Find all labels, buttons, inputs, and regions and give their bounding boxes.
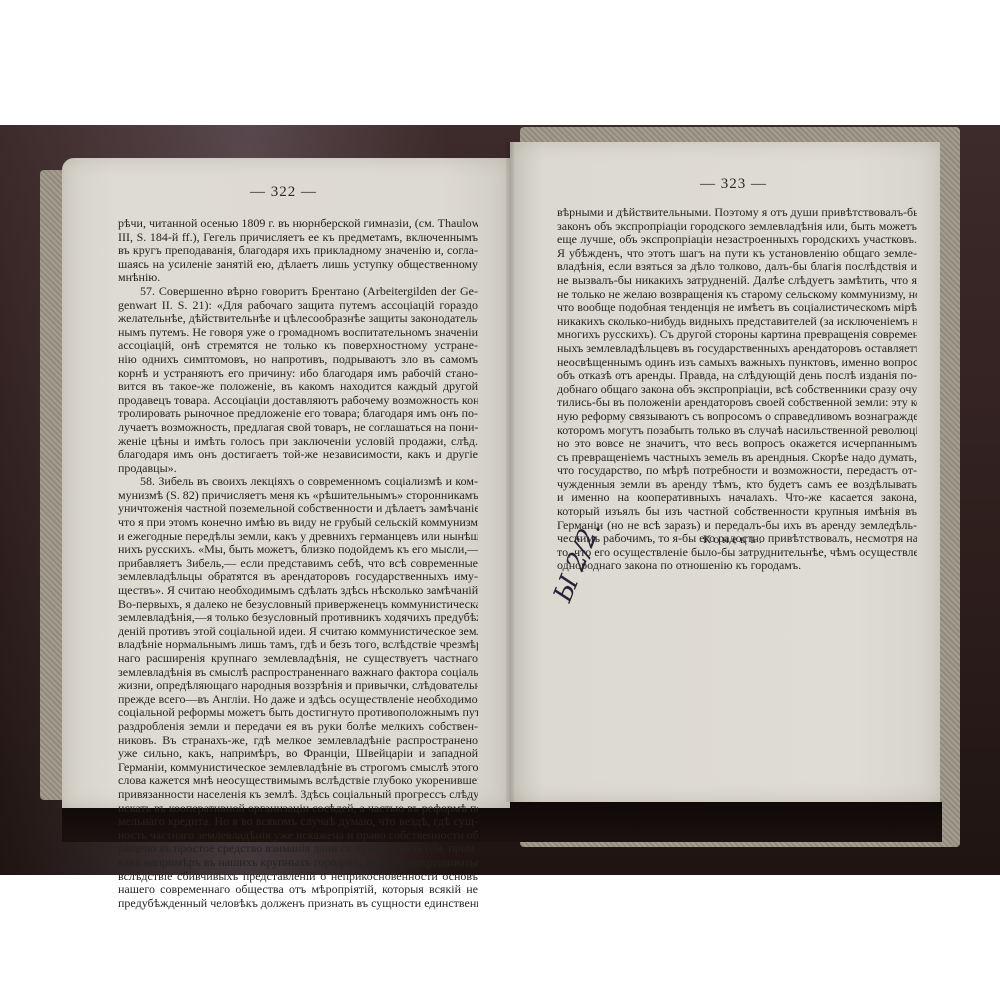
text-line: однороднаго закона по отношенію къ город…	[557, 559, 917, 573]
text-line: которомъ могутъ позабыть только въ случа…	[557, 424, 917, 438]
text-line: благодаря имъ онъ достигаетъ той-же неза…	[118, 448, 478, 462]
text-line: женіе цѣны и имѣть голосъ при заключеніи…	[118, 435, 478, 449]
text-line: желательнѣе, дѣйствительнѣе и цѣлесообра…	[118, 312, 478, 326]
text-line: рѣчи, читанной осенью 1809 г. въ нюрнбер…	[118, 217, 478, 231]
text-line: Германіи, коммунистическое землевладѣніе…	[118, 761, 478, 775]
text-line: ществъ». Я считаю необходимымъ сдѣлать з…	[118, 584, 478, 598]
text-line: еще лучше, объ экспропріаціи незастроенн…	[557, 233, 917, 247]
text-line: землевладѣнія въ смыслѣ распространеннаг…	[118, 666, 478, 680]
text-line: не только не желаю возвращенія къ старом…	[557, 288, 917, 302]
text-line: нымъ путемъ. Не говоря уже о громадномъ …	[118, 326, 478, 340]
text-line: что вообще подобная тенденція не имѣетъ …	[557, 301, 917, 315]
text-line: и ежегодные передѣлы земли, какъ у древн…	[118, 530, 478, 544]
text-line: прежде всего—въ Англіи. Но даже и здѣсь …	[118, 693, 478, 707]
text-line: что государство, по мѣрѣ потребности и в…	[557, 464, 917, 478]
text-line: нашего современнаго общества отъ мѣропрі…	[118, 883, 478, 897]
text-line: владѣніе нормальнымъ лишь тамъ, гдѣ и бе…	[118, 638, 478, 652]
text-line: объ отказѣ отъ аренды. Правда, на слѣдую…	[557, 369, 917, 383]
text-line: genwart II. S. 21): «Для рабочаго защита…	[118, 299, 478, 313]
text-line: чужденныя земли въ аренду тѣмъ, кто буде…	[557, 478, 917, 492]
text-line: шаясь на усиленіе занятій ею, дѣлаетъ ли…	[118, 258, 478, 272]
text-line: въ кругъ преподаванія, благодаря ихъ при…	[118, 244, 478, 258]
text-line: но это вовсе не значитъ, что весь вопрос…	[557, 437, 917, 451]
text-line: съ превращеніемъ частныхъ земель въ арен…	[557, 451, 917, 465]
text-line: соціальной реформы можетъ быть достигнут…	[118, 706, 478, 720]
text-line: ность частнаго землевладѣнія уже искажен…	[118, 829, 478, 843]
text-line: вится въ такое-же положеніе, въ какомъ н…	[118, 380, 478, 394]
text-line: ныхъ землевладѣльцевъ въ государственных…	[557, 342, 917, 356]
text-line: землевладѣльцы обратятся въ арендаторовъ…	[118, 570, 478, 584]
text-line: привязанности населенія къ землѣ. Здѣсь …	[118, 788, 478, 802]
text-line: тились-бы въ положеніи арендаторовъ свое…	[557, 396, 917, 410]
text-line: Я убѣжденъ, что этотъ шагъ на пути къ ус…	[557, 247, 917, 261]
text-line: Во-первыхъ, я далеко не безусловный прив…	[118, 598, 478, 612]
text-line: 58. Зибель въ своихъ лекціяхъ о современ…	[118, 475, 478, 489]
text-line: ассоціацій, онѣ стремятся не только къ п…	[118, 339, 478, 353]
text-line: III, S. 184-й ff.), Гегель причисляетъ е…	[118, 231, 478, 245]
text-line: ращено въ простое средство взиманія дани…	[118, 842, 478, 856]
left-page-text: рѣчи, читанной осенью 1809 г. въ нюрнбер…	[118, 217, 478, 910]
text-line: никовъ. Въ странахъ-же, гдѣ мелкое земле…	[118, 734, 478, 748]
text-line: и именно на кооперативныхъ началахъ. Что…	[557, 491, 917, 505]
text-line: нію однихъ симптомовъ, но напротивъ, под…	[118, 353, 478, 367]
text-line: продавецъ товара. Ассоціаціи доставляютъ…	[118, 394, 478, 408]
text-line: землевладѣнія,—я только безусловный прот…	[118, 611, 478, 625]
text-line: деній противъ этой соціальной идеи. Я сч…	[118, 625, 478, 639]
right-page-text: вѣрными и дѣйствительными. Поэтому я отъ…	[557, 206, 917, 573]
text-line: раздробленія земли и передачи ея въ руки…	[118, 720, 478, 734]
text-line: владѣнія, если взяться за дѣло толково, …	[557, 260, 917, 274]
text-line: тролировать рыночное предложеніе его тов…	[118, 407, 478, 421]
end-word: Конецъ.	[703, 532, 765, 547]
text-line: Германіи (но не всѣ заразъ) и передалъ-б…	[557, 519, 917, 533]
text-line: предубѣжденный человѣкъ долженъ признать…	[118, 897, 478, 911]
text-line: неосвѣщеннымъ одинъ изъ самыхъ важныхъ п…	[557, 356, 917, 370]
text-line: не вызвалъ-бы никакихъ затрудненій. Далѣ…	[557, 274, 917, 288]
text-line: то, что его осуществленіе было-бы затруд…	[557, 546, 917, 560]
text-line: слова кажется мнѣ неосуществимымъ вслѣдс…	[118, 774, 478, 788]
text-line: искать въ кооперативной организаціи сосѣ…	[118, 802, 478, 816]
text-line: лучаетъ возможность, предлагая свой това…	[118, 421, 478, 435]
text-line: продавцы».	[118, 462, 478, 476]
text-line: уничтоженія частной поземельной собствен…	[118, 502, 478, 516]
text-line: нихъ русскихъ. «Мы, быть можетъ, близко …	[118, 543, 478, 557]
text-line: вѣрными и дѣйствительными. Поэтому я отъ…	[557, 206, 917, 220]
text-line: мельнаго кредита. Но я во всякомъ случаѣ…	[118, 815, 478, 829]
text-line: корнѣ и устраняютъ его причину: ибо благ…	[118, 367, 478, 381]
text-line: ную реформу связываютъ съ вопросомъ о сп…	[557, 410, 917, 424]
text-line: что я при этомъ конечно имѣю въ виду не …	[118, 516, 478, 530]
text-line: какъ напримѣръ въ нашихъ крупныхъ города…	[118, 856, 478, 870]
page-number-left: — 322 —	[250, 184, 317, 201]
text-line: наго расширенія крупнаго землевладѣнія, …	[118, 652, 478, 666]
page-number-right: — 323 —	[700, 176, 767, 193]
text-line: вслѣдствіе сбивчивыхъ представленій о не…	[118, 870, 478, 884]
text-line: прибавляетъ Зибель,— если представимъ се…	[118, 557, 478, 571]
text-line: законъ объ экспропріаціи городского земл…	[557, 220, 917, 234]
text-line: жизни, опредѣляющаго народныя воззрѣнія …	[118, 679, 478, 693]
text-line: 57. Совершенно вѣрно говоритъ Брентано (…	[118, 285, 478, 299]
text-line: многихъ русскихъ). Съ другой стороны кар…	[557, 328, 917, 342]
book-gutter	[506, 142, 514, 802]
text-line: который изъялъ бы изъ частной собственно…	[557, 505, 917, 519]
text-line: никакихъ сколько-нибудь видныхъ представ…	[557, 315, 917, 329]
text-line: мунизмѣ (S. 82) причисляетъ меня къ «рѣш…	[118, 489, 478, 503]
text-line: добнаго общаго закона объ экспропріаціи,…	[557, 383, 917, 397]
text-line: мнѣнію.	[118, 271, 478, 285]
text-line: уже сильно, какъ, напримѣръ, во Франціи,…	[118, 747, 478, 761]
